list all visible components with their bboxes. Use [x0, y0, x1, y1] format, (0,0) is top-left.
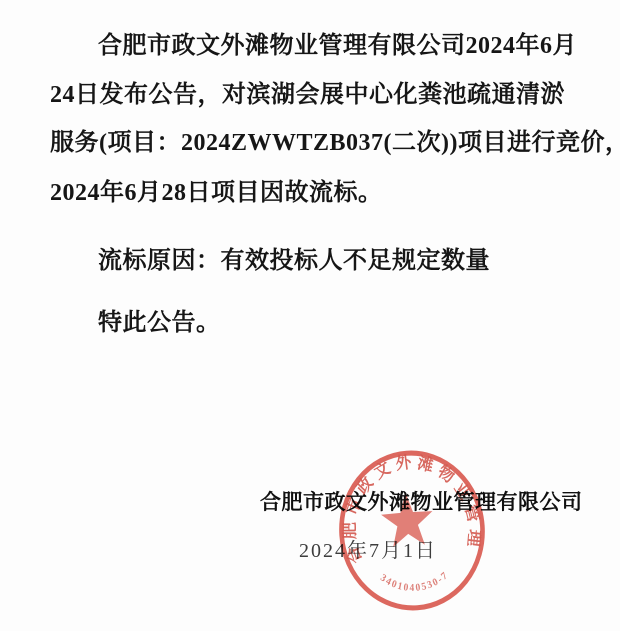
seal-ring: [336, 448, 487, 612]
body-line-1: 合肥市政文外滩物业管理有限公司2024年6月: [50, 31, 600, 61]
signature-date: 2024年7月1日: [299, 534, 437, 563]
seal-code-holder: 3401040530-7: [378, 568, 452, 597]
body-line-3: 服务(项目：2024ZWWTZB037(二次))项目进行竞价，: [50, 128, 600, 158]
failed-bid-reason-line: 流标原因：有效投标人不足规定数量: [50, 246, 600, 276]
seal-code-text: 3401040530-7: [378, 568, 452, 597]
announcement-document: 合肥市政文外滩物业管理有限公司2024年6月 24日发布公告，对滨湖会展中心化粪…: [0, 0, 620, 631]
body-line-2: 24日发布公告，对滨湖会展中心化粪池疏通清淤: [50, 80, 600, 110]
body-line-4: 2024年6月28日项目因故流标。: [50, 178, 600, 208]
signature-company-name: 合肥市政文外滩物业管理有限公司: [260, 486, 583, 516]
company-seal: 合肥市政文外滩物业管理有限公司 3401040530-7: [330, 442, 493, 619]
closing-line: 特此公告。: [50, 308, 600, 338]
